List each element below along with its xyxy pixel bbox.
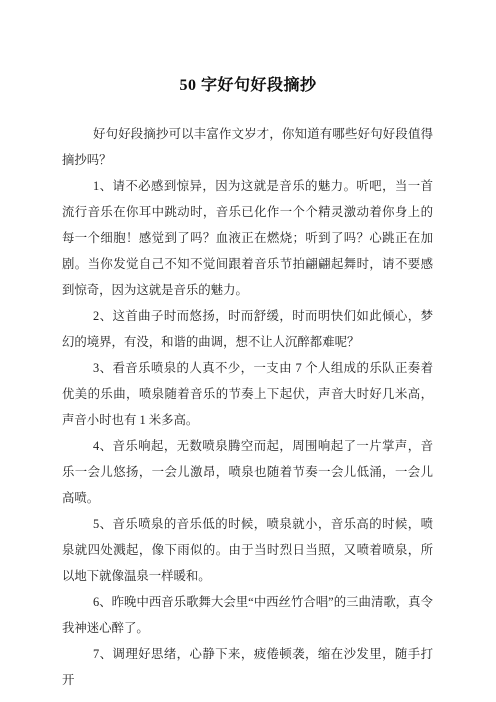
- list-item-paragraph-2: 2、这首曲子时而悠扬，时而舒缓，时而明快们如此倾心，梦幻的境界，有没，和谐的曲调…: [62, 303, 433, 355]
- intro-paragraph: 好句好段摘抄可以丰富作文岁才，你知道有哪些好句好段值得摘抄吗？: [62, 121, 433, 173]
- document-title: 50 字好句好段摘抄: [0, 76, 496, 96]
- list-item-paragraph-7: 7、调理好思绪，心静下来，疲倦顿袭，缩在沙发里，随手打开: [62, 641, 433, 693]
- list-item-paragraph-4: 4、音乐响起，无数喷泉腾空而起，周围响起了一片掌声，音乐一会儿悠扬，一会儿激昂，…: [62, 433, 433, 511]
- list-item-paragraph-1: 1、请不必感到惊异，因为这就是音乐的魅力。听吧，当一首流行音乐在你耳中跳动时，音…: [62, 173, 433, 303]
- document-page: 50 字好句好段摘抄 好句好段摘抄可以丰富作文岁才，你知道有哪些好句好段值得摘抄…: [0, 0, 496, 702]
- list-item-paragraph-6: 6、昨晚中西音乐歌舞大会里“中西丝竹合唱”的三曲清歌，真令我神迷心醉了。: [62, 589, 433, 641]
- document-body: 好句好段摘抄可以丰富作文岁才，你知道有哪些好句好段值得摘抄吗？ 1、请不必感到惊…: [62, 121, 433, 693]
- list-item-paragraph-5: 5、音乐喷泉的音乐低的时候，喷泉就小，音乐高的时候，喷泉就四处溅起，像下雨似的。…: [62, 511, 433, 589]
- list-item-paragraph-3: 3、看音乐喷泉的人真不少，一支由 7 个人组成的乐队正奏着优美的乐曲，喷泉随着音…: [62, 355, 433, 433]
